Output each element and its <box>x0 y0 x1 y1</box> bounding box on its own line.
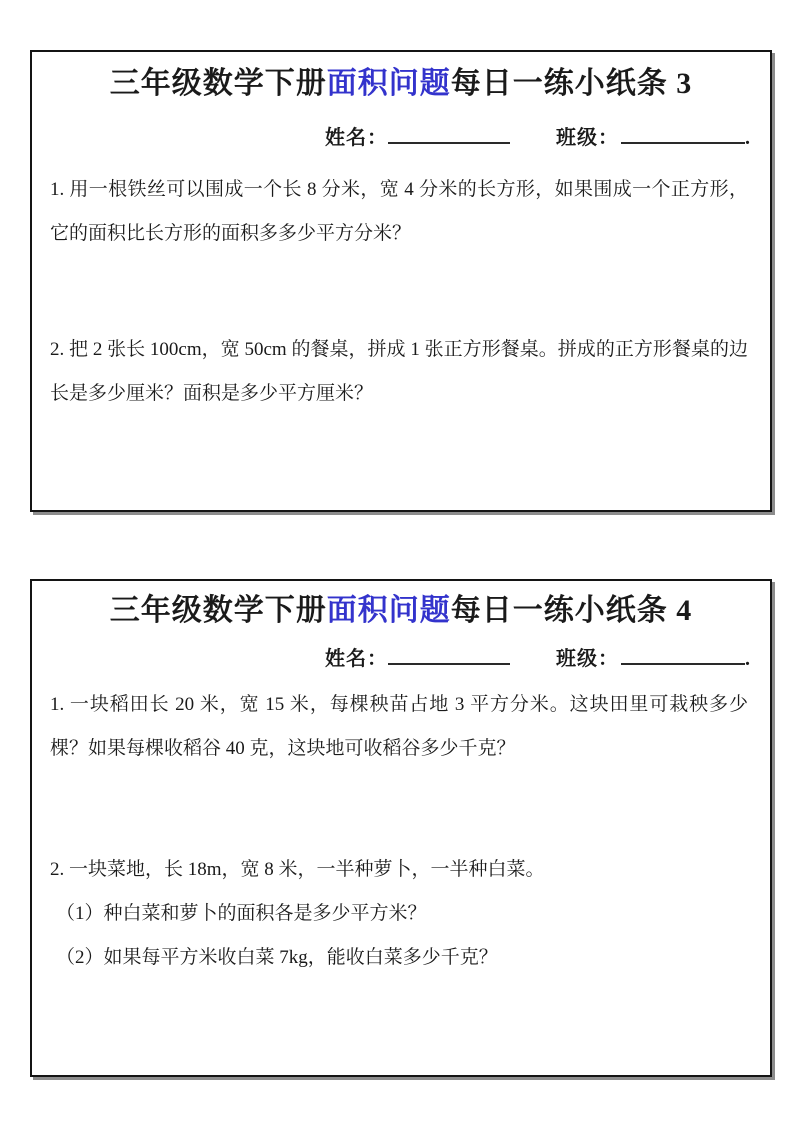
worksheet-sheet-4: 三年级数学下册面积问题每日一练小纸条 4 姓名：班级：. 1. 一块稻田长 20… <box>30 579 772 1077</box>
sheet-4-title-prefix: 三年级数学下册 <box>110 594 327 627</box>
class-label: 班级： <box>556 127 619 149</box>
class-blank-line <box>621 645 745 665</box>
name-blank-line <box>388 124 510 144</box>
class-label: 班级： <box>556 648 619 670</box>
sheet-3-title-highlight: 面积问题 <box>327 67 451 100</box>
end-period: . <box>745 127 750 149</box>
sheet-4-name-class-row: 姓名：班级：. <box>32 645 770 673</box>
name-label: 姓名： <box>325 648 388 670</box>
sheet-3-title: 三年级数学下册面积问题每日一练小纸条 3 <box>32 64 770 104</box>
class-blank-line <box>621 124 745 144</box>
name-blank-line <box>388 645 510 665</box>
sheet-3-title-prefix: 三年级数学下册 <box>110 67 327 100</box>
sheet-3-problem-2: 2. 把 2 张长 100cm，宽 50cm 的餐桌，拼成 1 张正方形餐桌。拼… <box>32 328 770 416</box>
name-label: 姓名： <box>325 127 388 149</box>
worksheet-page: { "accent_color": "#3333cc", "text_color… <box>0 0 793 1122</box>
sheet-4-problem-2-sub-2: （2）如果每平方米收白菜 7kg，能收白菜多少千克？ <box>32 936 770 980</box>
worksheet-sheet-3: 三年级数学下册面积问题每日一练小纸条 3 姓名：班级：. 1. 用一根铁丝可以围… <box>30 50 772 512</box>
end-period: . <box>745 648 750 670</box>
sheet-4-problem-2: 2. 一块菜地，长 18m，宽 8 米，一半种萝卜，一半种白菜。 <box>32 848 770 892</box>
sheet-3-name-class-row: 姓名：班级：. <box>32 124 770 152</box>
sheet-4-title-highlight: 面积问题 <box>327 594 451 627</box>
sheet-4-problem-1: 1. 一块稻田长 20 米，宽 15 米，每棵秧苗占地 3 平方分米。这块田里可… <box>32 683 770 771</box>
sheet-4-title-suffix: 每日一练小纸条 4 <box>451 594 693 627</box>
sheet-4-title: 三年级数学下册面积问题每日一练小纸条 4 <box>32 591 770 631</box>
sheet-3-problem-1: 1. 用一根铁丝可以围成一个长 8 分米，宽 4 分米的长方形，如果围成一个正方… <box>32 168 770 256</box>
sheet-3-title-suffix: 每日一练小纸条 3 <box>451 67 693 100</box>
sheet-4-problem-2-sub-1: （1）种白菜和萝卜的面积各是多少平方米？ <box>32 892 770 936</box>
